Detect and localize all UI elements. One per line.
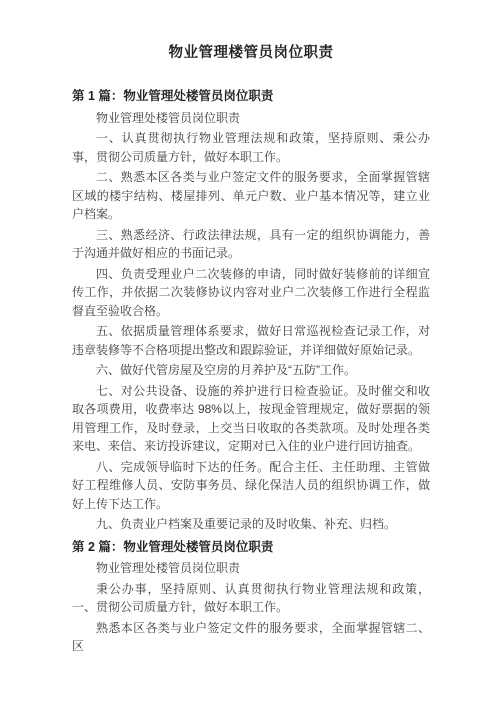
section-1-item-4: 四、负责受理业户二次装修的申请，同时做好装修前的详细宣传工作，并依据二次装修协议… (72, 265, 430, 321)
section-1-item-2: 二、熟悉本区各类与业户签定文件的服务要求，全面掌握管辖区域的楼宇结构、楼屋排列、… (72, 168, 430, 224)
section-1-item-6: 六、做好代管房屋及空房的月养护及“五防”工作。 (72, 361, 430, 380)
document-title: 物业管理楼管员岗位职责 (72, 44, 430, 62)
section-1-item-8: 八、完成领导临时下达的任务。配合主任、主任助理、主管做好工程维修人员、安防事务员… (72, 458, 430, 514)
section-2: 第 2 篇：物业管理处楼管员岗位职责 物业管理处楼管员岗位职责 秉公办事，坚持原… (72, 538, 430, 656)
section-1-item-5: 五、依据质量管理体系要求，做好日常巡视检查记录工作，对违章装修等不合格项提出整改… (72, 322, 430, 359)
section-2-item-1: 秉公办事，坚持原则、认真贯彻执行物业管理法规和政策，一、贯彻公司质量方针，做好本… (72, 580, 430, 617)
section-2-item-2: 熟悉本区各类与业户签定文件的服务要求，全面掌握管辖二、区 (72, 619, 430, 656)
section-1-item-9: 九、负责业户档案及重要记录的及时收集、补充、归档。 (72, 515, 430, 534)
section-1-heading: 第 1 篇：物业管理处楼管员岗位职责 (72, 87, 430, 106)
section-1: 第 1 篇：物业管理处楼管员岗位职责 物业管理处楼管员岗位职责 一、认真贯彻执行… (72, 87, 430, 534)
section-2-subtitle: 物业管理处楼管员岗位职责 (72, 559, 430, 578)
section-1-item-7: 七、对公共设备、设施的养护进行日检查验证。及时催交和收取各项费用，收费率达 98… (72, 382, 430, 456)
section-1-item-1: 一、认真贯彻执行物业管理法规和政策，坚持原则、秉公办事，贯彻公司质量方针，做好本… (72, 129, 430, 166)
document-page: 物业管理楼管员岗位职责 第 1 篇：物业管理处楼管员岗位职责 物业管理处楼管员岗… (0, 0, 500, 707)
section-1-item-3: 三、熟悉经济、行政法律法规，具有一定的组织协调能力，善于沟通并做好相应的书面记录… (72, 226, 430, 263)
section-2-heading: 第 2 篇：物业管理处楼管员岗位职责 (72, 538, 430, 557)
section-1-subtitle: 物业管理处楼管员岗位职责 (72, 109, 430, 128)
